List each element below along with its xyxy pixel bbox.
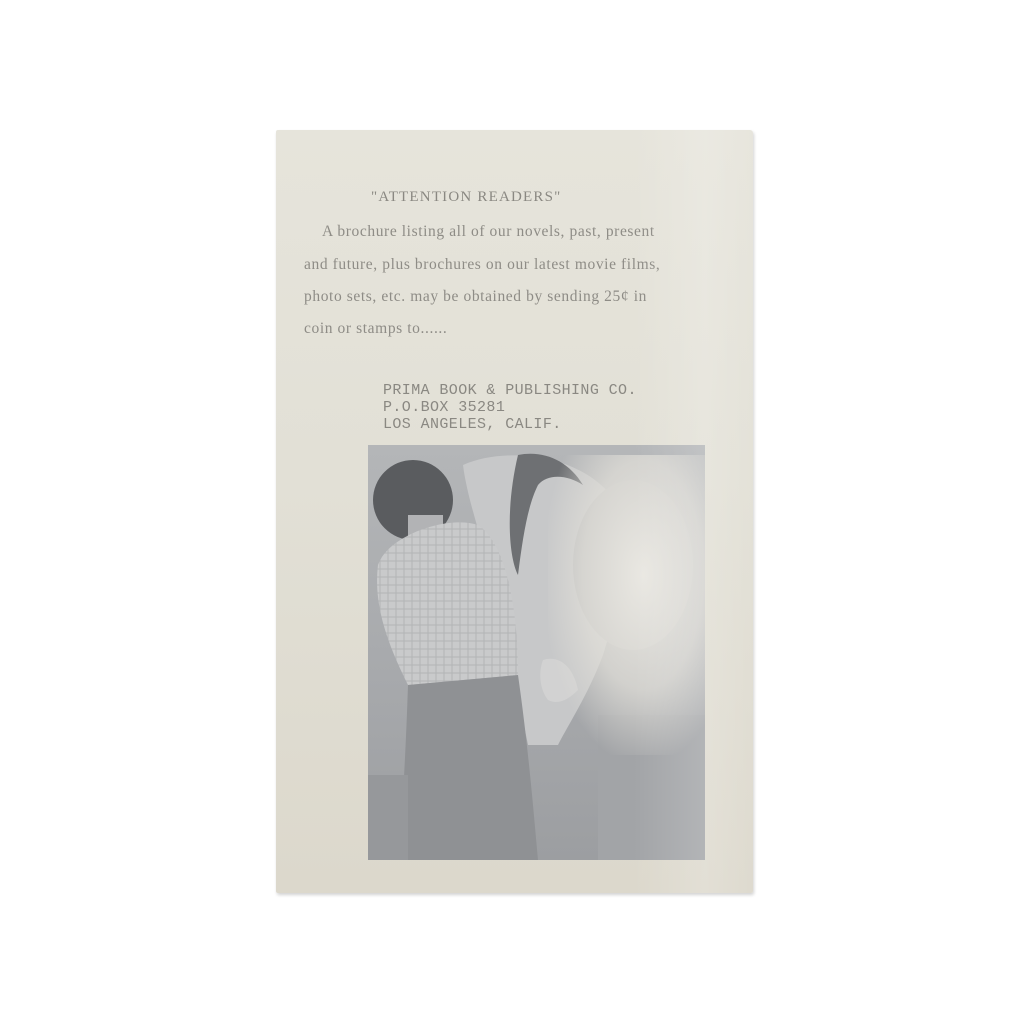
notice-paragraph-line: photo sets, etc. may be obtained by send… (304, 288, 647, 306)
scan-background: "ATTENTION READERS" A brochure listing a… (0, 0, 1024, 1024)
publisher-city: LOS ANGELES, CALIF. (383, 416, 562, 433)
notice-paragraph-line: coin or stamps to...... (304, 320, 447, 338)
notice-paragraph-line: and future, plus brochures on our latest… (304, 256, 660, 274)
book-back-cover: "ATTENTION READERS" A brochure listing a… (276, 130, 753, 893)
cover-photo (368, 445, 705, 860)
publisher-name: PRIMA BOOK & PUBLISHING CO. (383, 382, 637, 399)
notice-paragraph-line: A brochure listing all of our novels, pa… (322, 223, 655, 241)
publisher-po-box: P.O.BOX 35281 (383, 399, 505, 416)
notice-heading: "ATTENTION READERS" (371, 189, 561, 206)
photo-illustration (368, 445, 705, 860)
